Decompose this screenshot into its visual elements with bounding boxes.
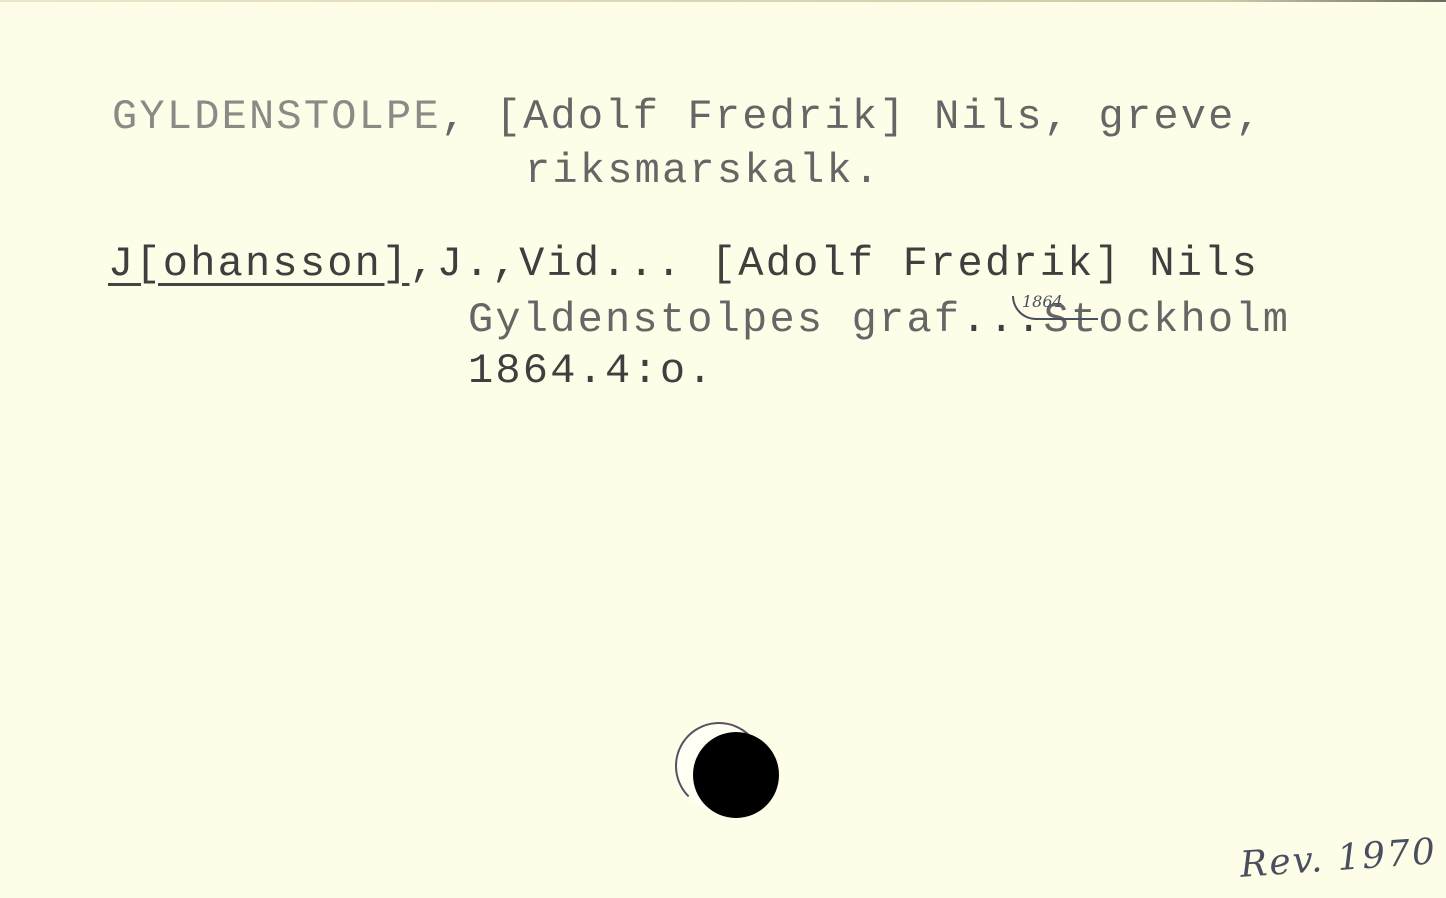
heading-names: , [Adolf Fredrik] Nils, greve, bbox=[441, 93, 1263, 141]
entry-line-1: J[ohansson],J.,Vid... [Adolf Fredrik] Ni… bbox=[108, 243, 1259, 285]
heading-line-2: riksmarskalk. bbox=[525, 150, 881, 192]
heading-surname: GYLDENSTOLPE bbox=[112, 93, 441, 141]
author-name: J[ohansson] bbox=[108, 240, 409, 288]
revision-note: Rev. 1970 bbox=[1239, 831, 1438, 886]
entry-title-start: ,J.,Vid... [Adolf Fredrik] Nils bbox=[409, 240, 1259, 288]
entry-line-2: Gyldenstolpes graf...Stockholm bbox=[468, 299, 1290, 341]
entry-line-3: 1864.4:o. bbox=[468, 350, 715, 392]
entry-title-cont: Gyldenstolpes graf bbox=[468, 296, 961, 344]
catalog-card: GYLDENSTOLPE, [Adolf Fredrik] Nils, grev… bbox=[0, 0, 1446, 898]
heading-line-1: GYLDENSTOLPE, [Adolf Fredrik] Nils, grev… bbox=[112, 96, 1263, 138]
handwritten-year: 1864 bbox=[1022, 292, 1063, 311]
punch-hole bbox=[693, 732, 779, 818]
